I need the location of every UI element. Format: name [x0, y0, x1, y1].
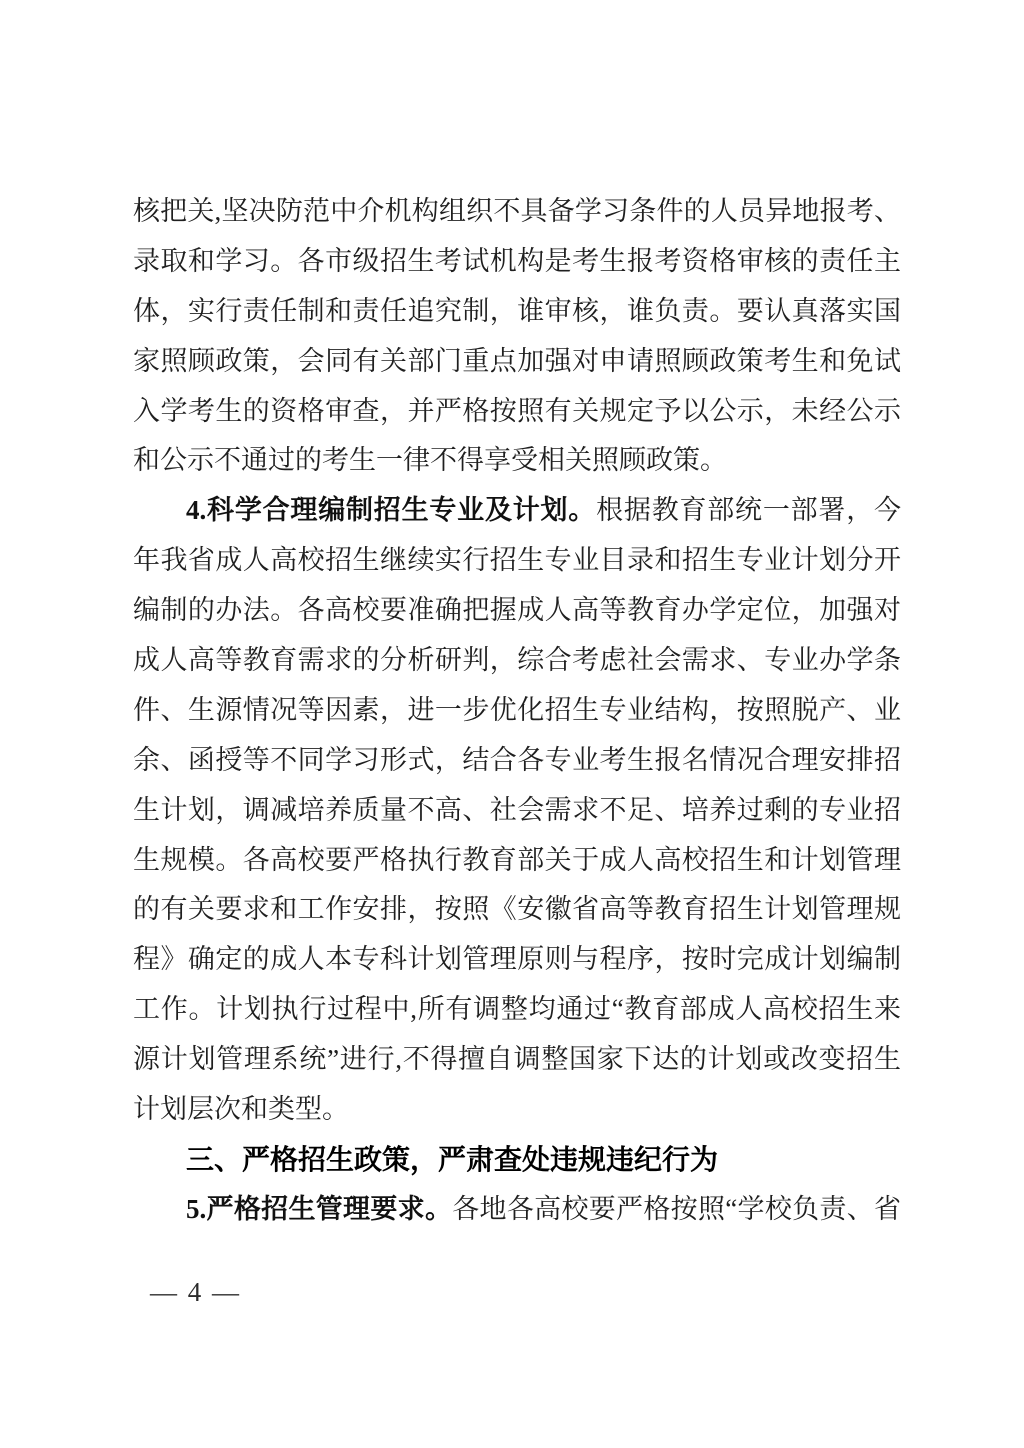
- text-line: 工作。计划执行过程中,所有调整均通过“教育部成人高校招生来: [133, 985, 901, 1035]
- paragraph-text: 各地各高校要严格按照“学校负责、省: [452, 1194, 901, 1224]
- text-line: 的有关要求和工作安排，按照《安徽省高等教育招生计划管理规: [133, 885, 901, 935]
- text-line: 年我省成人高校招生继续实行招生专业目录和招生专业计划分开: [133, 536, 901, 586]
- text-line: 编制的办法。各高校要准确把握成人高等教育办学定位，加强对: [133, 586, 901, 636]
- text-line: 入学考生的资格审查，并严格按照有关规定予以公示，未经公示: [133, 387, 901, 437]
- page-number: — 4 —: [150, 1272, 241, 1312]
- text-line: 和公示不通过的考生一律不得享受相关照顾政策。: [133, 436, 901, 486]
- paragraph-lead-bold: 5.严格招生管理要求。: [186, 1194, 452, 1224]
- paragraph-lead-bold: 4.科学合理编制招生专业及计划。: [186, 495, 596, 525]
- text-line: 生规模。各高校要严格执行教育部关于成人高校招生和计划管理: [133, 836, 901, 886]
- text-line: 成人高等教育需求的分析研判，综合考虑社会需求、专业办学条: [133, 636, 901, 686]
- document-page: 核把关,坚决防范中介机构组织不具备学习条件的人员异地报考、录取和学习。各市级招生…: [0, 0, 1024, 1448]
- text-line: 4.科学合理编制招生专业及计划。根据教育部统一部署，今: [133, 486, 901, 536]
- text-line: 生计划，调减培养质量不高、社会需求不足、培养过剩的专业招: [133, 786, 901, 836]
- text-line: 程》确定的成人本专科计划管理原则与程序，按时完成计划编制: [133, 935, 901, 985]
- document-body: 核把关,坚决防范中介机构组织不具备学习条件的人员异地报考、录取和学习。各市级招生…: [133, 187, 901, 1235]
- text-line: 录取和学习。各市级招生考试机构是考生报考资格审核的责任主: [133, 237, 901, 287]
- section-heading: 三、严格招生政策，严肃查处违规违纪行为: [133, 1135, 901, 1185]
- text-line: 源计划管理系统”进行,不得擅自调整国家下达的计划或改变招生: [133, 1035, 901, 1085]
- text-line: 家照顾政策，会同有关部门重点加强对申请照顾政策考生和免试: [133, 337, 901, 387]
- text-line: 件、生源情况等因素，进一步优化招生专业结构，按照脱产、业: [133, 686, 901, 736]
- text-line: 5.严格招生管理要求。各地各高校要严格按照“学校负责、省: [133, 1185, 901, 1235]
- text-line: 余、函授等不同学习形式，结合各专业考生报名情况合理安排招: [133, 736, 901, 786]
- text-line: 计划层次和类型。: [133, 1085, 901, 1135]
- paragraph-text: 根据教育部统一部署，今: [596, 495, 901, 525]
- text-line: 核把关,坚决防范中介机构组织不具备学习条件的人员异地报考、: [133, 187, 901, 237]
- text-line: 体，实行责任制和责任追究制，谁审核，谁负责。要认真落实国: [133, 287, 901, 337]
